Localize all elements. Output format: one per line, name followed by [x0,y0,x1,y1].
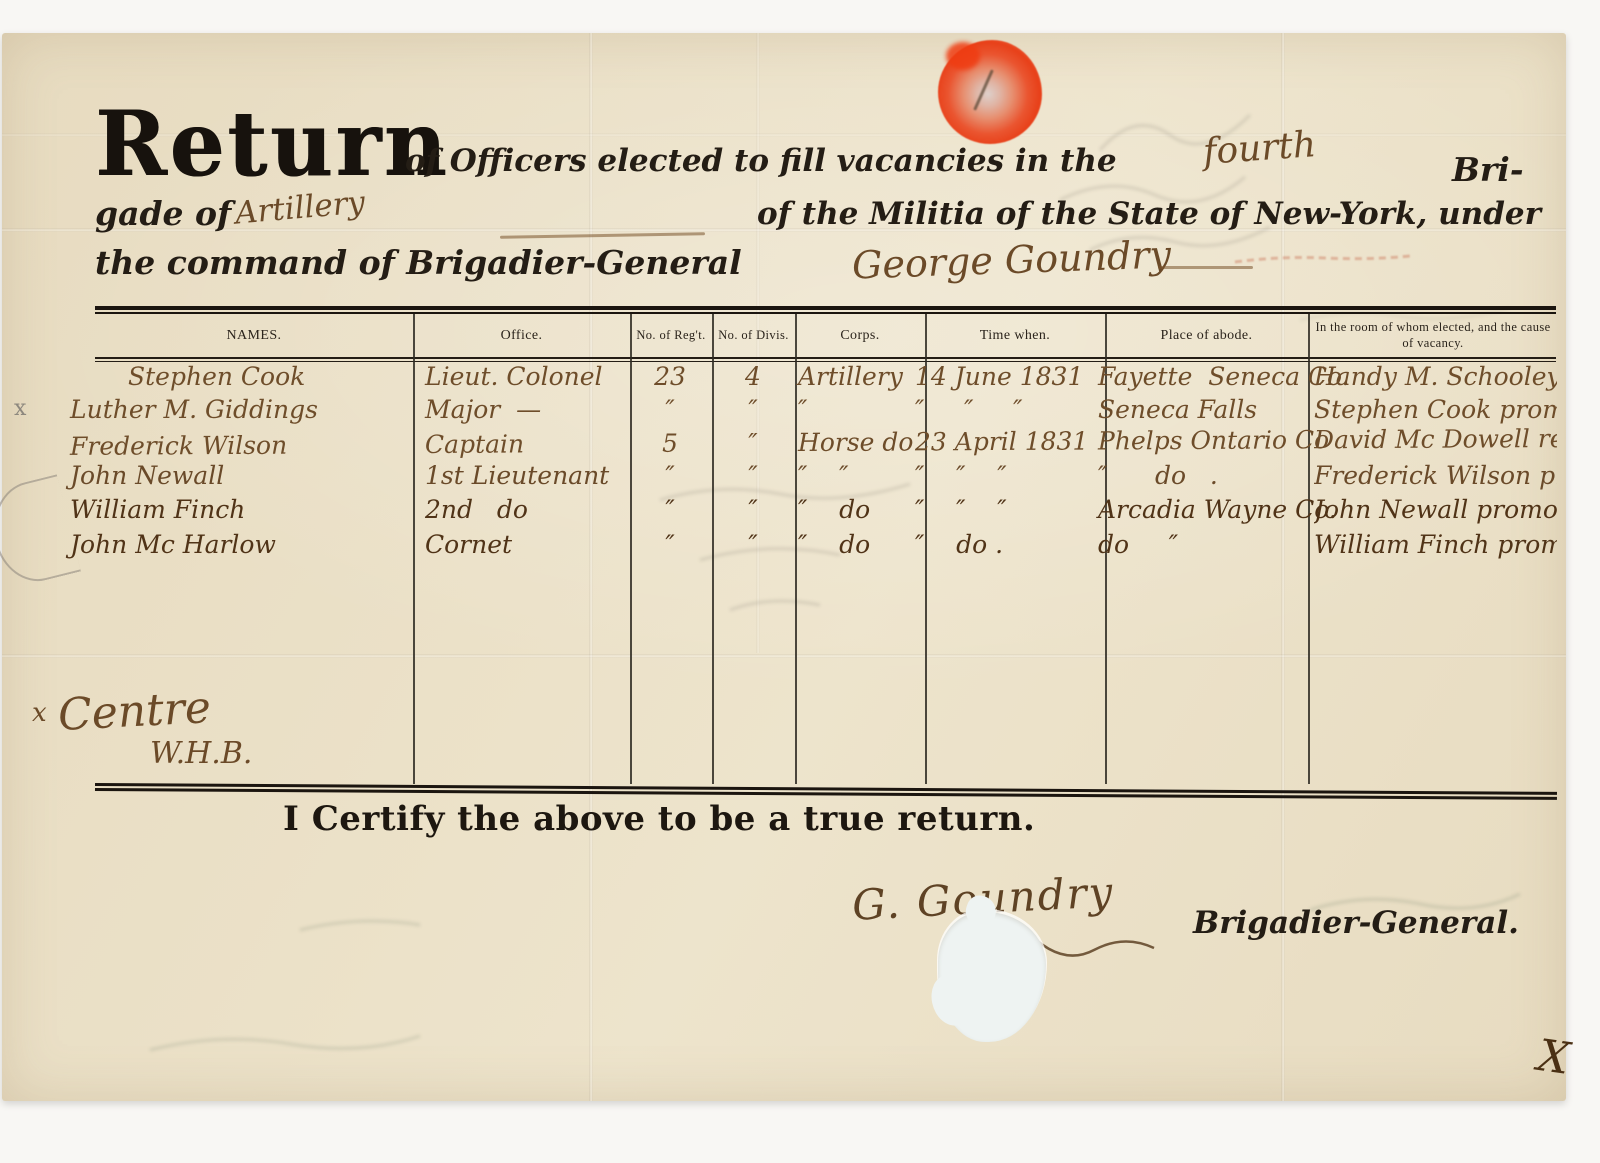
officer-name: William Finch [70,495,415,524]
room-of-whom: Frederick Wilson pro [1314,461,1557,490]
pencil-x-mark: x [14,396,26,421]
regiment-number: ″ [630,530,710,559]
horizontal-fold-crease [2,654,1566,658]
officer-name: Stephen Cook [70,362,415,391]
table-row: John Newall 1st Lieutenant ″ ″ ″ ″ ″ ″ ″… [0,461,1600,495]
room-of-whom: Stephen Cook promot [1314,395,1557,424]
room-of-whom: William Finch prom [1314,530,1557,559]
officer-name: Frederick Wilson [70,430,415,461]
corps: Artillery [798,362,923,391]
column-header-regt: No. of Reg't. [632,314,710,357]
corps: ″ do [798,530,923,559]
header-text-officers: of Officers elected to fill vacancies in… [405,143,1117,179]
regiment-number: 23 [630,362,710,391]
officer-office: Major — [425,395,623,424]
corner-ink-mark: X [1535,1030,1573,1085]
officer-office: Captain [425,429,623,459]
time-when: 23 April 1831 [915,426,1103,456]
room-of-whom: David Mc Dowell resig [1314,424,1557,454]
time-when: ″ ″ ″ [915,461,1103,490]
margin-note-initials: W.H.B. [150,736,252,771]
corps: ″ [798,395,923,424]
handwritten-blank-stroke [1158,266,1253,269]
margin-note-centre: Centre [57,682,212,741]
header-text-command: the command of Brigadier-General [95,243,742,282]
place-of-abode: Fayette Seneca Co. [1098,362,1306,391]
handwritten-brigade-number: fourth [1202,124,1318,173]
header-text-gade-of: gade of [95,194,231,233]
place-of-abode: do ″ [1098,530,1306,559]
officer-office: 2nd do [425,495,623,524]
red-wax-seal [938,40,1042,144]
division-number: ″ [712,461,794,490]
officer-name: John Mc Harlow [70,530,415,559]
header-text-militia: of the Militia of the State of New-York,… [757,196,1541,232]
regiment-number: ″ [630,461,710,490]
officer-office: Lieut. Colonel [425,362,623,391]
regiment-number: ″ [630,395,710,424]
column-header-divis: No. of Divis. [714,314,793,357]
form-title-return: Return [95,100,449,189]
place-of-abode: Seneca Falls [1098,395,1306,424]
certification-statement: I Certify the above to be a true return. [283,799,1035,839]
column-header-names: NAMES. [95,314,413,357]
table-row: Luther M. Giddings Major — ″ ″ ″ ″ ″ ″ S… [0,395,1600,429]
place-of-abode: ″ do . [1098,461,1306,490]
column-header-room: In the room of whom elected, and the cau… [1310,314,1556,357]
division-number: ″ [712,395,794,424]
division-number: ″ [712,428,794,457]
room-of-whom: John Newall promo [1314,495,1557,524]
header-text-bri: Bri- [1452,150,1524,189]
column-header-time: Time when. [927,314,1103,357]
table-row: William Finch 2nd do ″ ″ ″ do ″ ″ ″ Arca… [0,495,1600,529]
room-of-whom: Handy M. Schooley d [1314,362,1557,391]
vertical-fold-crease [589,33,593,1101]
place-of-abode: Arcadia Wayne Co. [1098,495,1306,524]
division-number: ″ [712,495,794,524]
margin-note-x: x [32,698,47,728]
officer-name: John Newall [70,461,415,490]
corps: ″ do [798,495,923,524]
table-row: John Mc Harlow Cornet ″ ″ ″ do ″ do . do… [0,530,1600,564]
officer-office: 1st Lieutenant [425,461,623,490]
time-when: ″ ″ ″ [915,395,1103,424]
time-when: 14 June 1831 [915,362,1103,391]
column-header-corps: Corps. [797,314,923,357]
column-header-abode: Place of abode. [1107,314,1306,357]
table-row: Stephen Cook Lieut. Colonel 23 4 Artille… [0,362,1600,396]
corps: ″ ″ [798,461,923,490]
regiment-number: ″ [630,495,710,524]
corps: Horse do [798,427,923,457]
officer-name: Luther M. Giddings [70,395,415,424]
division-number: ″ [712,530,794,559]
division-number: 4 [712,362,794,391]
table-top-rule [95,306,1556,314]
time-when: ″ ″ ″ [915,495,1103,524]
place-of-abode: Phelps Ontario Co [1098,425,1306,455]
column-header-office: Office. [415,314,628,357]
time-when: ″ do . [915,530,1103,559]
officer-office: Cornet [425,530,623,559]
document-photo: Return of Officers elected to fill vacan… [0,0,1600,1163]
signer-title: Brigadier-General. [1193,905,1519,941]
regiment-number: 5 [630,428,710,457]
